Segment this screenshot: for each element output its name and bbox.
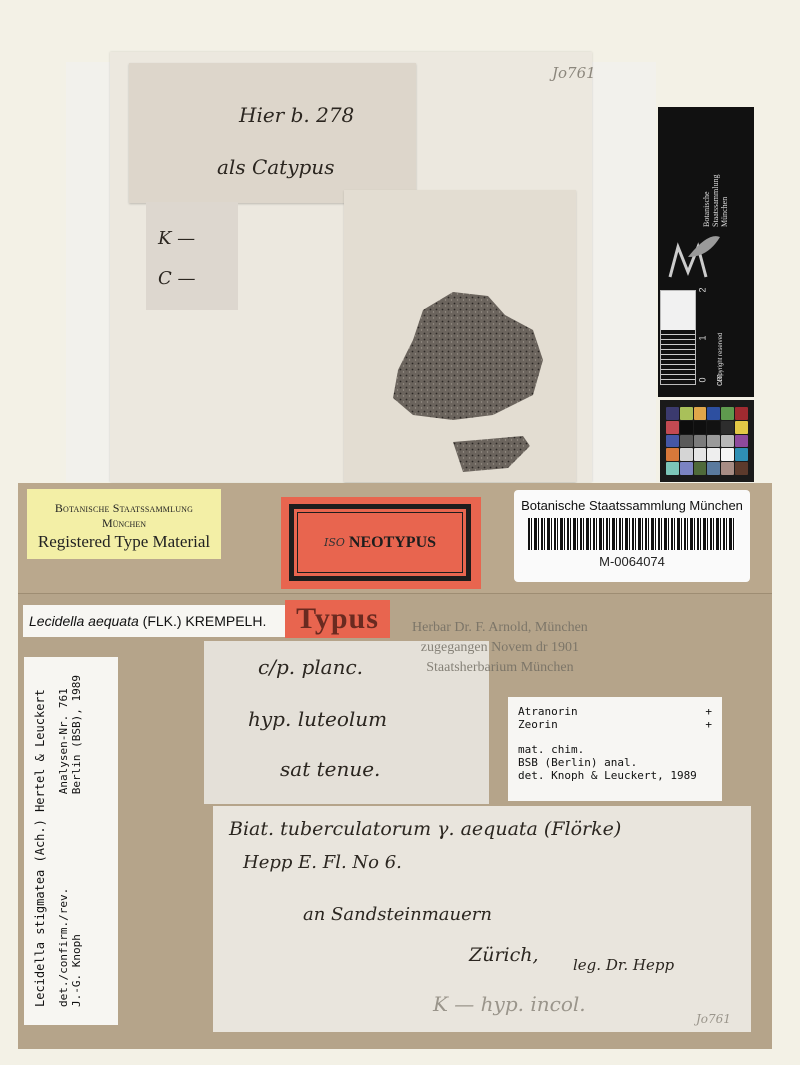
det-right-2: Berlin (BSB), 1989 xyxy=(70,675,83,794)
color-patch xyxy=(721,407,734,420)
typus-stamp: Typus xyxy=(285,600,390,638)
herbarium-stamp: Herbar Dr. F. Arnold, München zugegangen… xyxy=(412,618,588,678)
ink-line-4: Zürich, xyxy=(469,944,539,966)
accession-number-bottom: Jo761 xyxy=(696,1012,731,1026)
neotypus-label: ISO NEOTYPUS xyxy=(281,497,481,589)
determined-taxon: Lecidella stigmatea (Ach.) Hertel & Leuc… xyxy=(34,675,47,1007)
color-patch xyxy=(694,435,707,448)
stamp-line-1: Herbar Dr. F. Arnold, München xyxy=(412,618,588,638)
unit-cm: cm xyxy=(714,374,724,386)
color-patch xyxy=(694,448,707,461)
lichen-specimen-rock xyxy=(393,290,545,425)
color-patch xyxy=(666,435,679,448)
institution-city: München xyxy=(27,516,221,531)
iso-annotation: ISO xyxy=(324,536,345,549)
original-ink-label: Biat. tuberculatorum γ. aequata (Flörke)… xyxy=(213,806,751,1032)
color-patch xyxy=(707,462,720,475)
color-patch xyxy=(694,407,707,420)
copyright-text: copyright reserved xyxy=(718,302,724,382)
result-zeorin: + xyxy=(705,718,712,731)
k-test: K — xyxy=(158,228,195,249)
taxon-authority: (FLK.) KREMPELH. xyxy=(143,613,267,629)
color-patch xyxy=(666,462,679,475)
barcode-label: Botanische Staatssammlung München M-0064… xyxy=(514,490,750,582)
institution-name: Botanische Staatssammlung xyxy=(27,501,221,516)
det-left-1: det./confirm./rev. xyxy=(57,888,70,1007)
pencil-line-3: sat tenue. xyxy=(280,757,380,781)
color-patch xyxy=(735,462,748,475)
registered-type-label: Botanische Staatssammlung München Regist… xyxy=(27,489,221,559)
ink-line-1: Biat. tuberculatorum γ. aequata (Flörke) xyxy=(229,818,621,840)
pencil-line-2: hyp. luteolum xyxy=(248,707,387,731)
color-patch xyxy=(721,448,734,461)
note-line-1: Hier b. 278 xyxy=(239,103,354,127)
color-patch xyxy=(694,462,707,475)
type-status: NEOTYPUS xyxy=(349,534,436,552)
note-line-2: als Catypus xyxy=(217,155,334,179)
logo-line-3: München xyxy=(720,147,729,227)
color-patch xyxy=(680,435,693,448)
spot-test-label: K — C — xyxy=(146,202,238,310)
stamp-line-2: zugegangen Novem dr 1901 xyxy=(412,638,588,658)
chemistry-label: Atranorin+ Zeorin+ mat. chim. BSB (Berli… xyxy=(508,697,722,801)
catalog-number: M-0064074 xyxy=(514,554,750,569)
barcode-institution: Botanische Staatssammlung München xyxy=(514,498,750,513)
determination-label: Lecidella stigmatea (Ach.) Hertel & Leuc… xyxy=(24,657,118,1025)
logo-line-2: Staatssammlung xyxy=(711,147,720,227)
ink-line-2: Hepp E. Fl. No 6. xyxy=(243,852,402,873)
color-patch xyxy=(721,462,734,475)
color-patch xyxy=(707,407,720,420)
c-test: C — xyxy=(158,268,196,289)
color-patch xyxy=(666,421,679,434)
institution-logo-icon xyxy=(658,227,754,287)
chem-line-1: mat. chim. xyxy=(518,743,712,756)
color-patch xyxy=(735,435,748,448)
color-patch xyxy=(666,448,679,461)
color-patch xyxy=(680,421,693,434)
color-patch xyxy=(721,435,734,448)
taxon-name-label: Lecidella aequata (FLK.) KREMPELH. xyxy=(23,605,287,637)
pencil-line-1: c/p. planc. xyxy=(258,655,363,679)
accession-number-top: Jo761 xyxy=(552,64,596,82)
color-patch xyxy=(721,421,734,434)
det-right-1: Analysen-Nr. 761 xyxy=(57,675,70,794)
color-patch xyxy=(680,407,693,420)
color-patch xyxy=(666,407,679,420)
logo-line-1: Botanische xyxy=(702,147,711,227)
ink-pencil-note: K — hyp. incol. xyxy=(433,992,586,1016)
color-patch xyxy=(735,407,748,420)
color-calibration-chart xyxy=(660,400,754,482)
chem-line-3: det. Knoph & Leuckert, 1989 xyxy=(518,769,712,782)
color-patch xyxy=(694,421,707,434)
barcode-icon xyxy=(528,518,736,550)
tick-0: 0 xyxy=(698,377,708,382)
ink-line-5: leg. Dr. Hepp xyxy=(573,956,674,974)
scale-bar-strip: Botanische Staatssammlung München copyri… xyxy=(658,107,754,397)
color-patch xyxy=(680,462,693,475)
registered-type-text: Registered Type Material xyxy=(27,532,221,552)
color-patch xyxy=(707,421,720,434)
color-patch xyxy=(707,435,720,448)
ruler xyxy=(660,290,696,385)
result-atranorin: + xyxy=(705,705,712,718)
pencil-note-label-top: Hier b. 278 als Catypus xyxy=(129,63,416,203)
det-left-2: J.-G. Knoph xyxy=(70,888,83,1007)
tick-1: 1 xyxy=(698,335,708,340)
taxon-name: Lecidella aequata xyxy=(29,613,139,629)
color-patch xyxy=(707,448,720,461)
chem-line-2: BSB (Berlin) anal. xyxy=(518,756,712,769)
ink-line-3: an Sandsteinmauern xyxy=(303,904,492,925)
stamp-line-3: Staatsherbarium München xyxy=(412,658,588,678)
substance-zeorin: Zeorin xyxy=(518,718,558,731)
lichen-specimen-fragment xyxy=(453,436,530,472)
color-patch xyxy=(735,448,748,461)
substance-atranorin: Atranorin xyxy=(518,705,578,718)
color-patch xyxy=(680,448,693,461)
color-patch xyxy=(735,421,748,434)
tick-2: 2 xyxy=(698,287,708,292)
